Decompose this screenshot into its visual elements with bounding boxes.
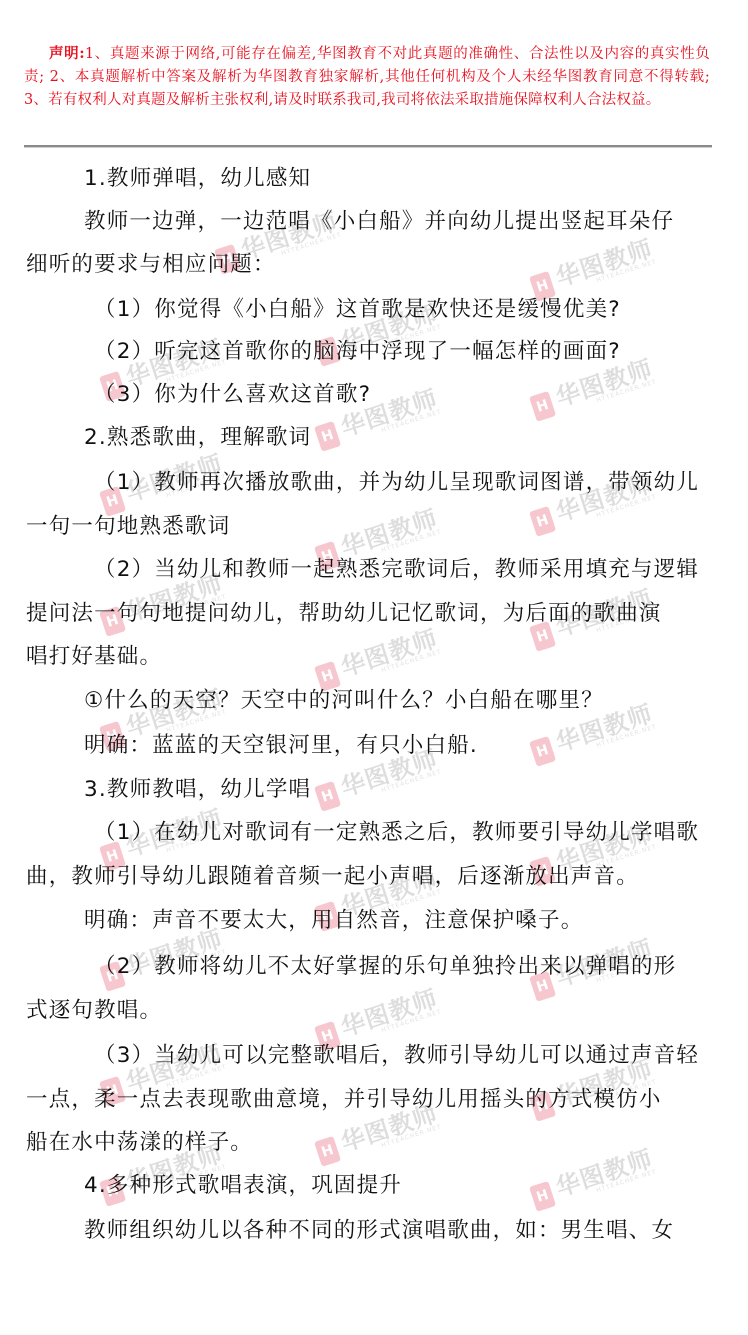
paragraph-line: 教师组织幼儿以各种不同的形式演唱歌曲，如：男生唱、女 — [84, 1213, 674, 1244]
disclaimer-label: 声明: — [49, 45, 85, 62]
section-heading-4: 4.多种形式歌唱表演，巩固提升 — [84, 1168, 402, 1199]
watermark-subtext: HTTEACHER.NET — [346, 1124, 443, 1161]
watermark: H华图教师HTTEACHER.NET — [528, 1146, 657, 1213]
header-divider — [24, 145, 712, 148]
section-heading-2: 2.熟悉歌曲，理解歌词 — [84, 420, 311, 451]
watermark-subtext: HTTEACHER.NET — [561, 259, 658, 296]
paragraph-line: （2）教师将幼儿不太好掌握的乐句单独拎出来以弹唱的形 — [94, 949, 676, 980]
paragraph-line: 唱打好基础。 — [26, 639, 162, 670]
section-heading-3: 3.教师教唱，幼儿学唱 — [84, 772, 311, 803]
watermark-logo-icon: H — [529, 391, 556, 422]
question-1: （1）你觉得《小白船》这首歌是欢快还是缓慢优美? — [94, 292, 621, 323]
paragraph-line: （2）当幼儿和教师一起熟悉完歌词后，教师采用填充与逻辑 — [94, 552, 699, 583]
watermark-text: 华图教师 — [553, 1146, 656, 1200]
watermark-subtext: HTTEACHER.NET — [561, 494, 658, 531]
paragraph-line: （3）当幼儿可以完整歌唱后，教师引导幼儿可以通过声音轻 — [94, 1038, 699, 1069]
question-3: （3）你为什么喜欢这首歌? — [94, 377, 371, 408]
watermark-subtext: HTTEACHER.NET — [346, 409, 443, 446]
watermark-logo-icon: H — [529, 506, 556, 537]
watermark-subtext: HTTEACHER.NET — [561, 379, 658, 416]
paragraph-line: 一点，柔一点去表现歌曲意境，并引导幼儿用摇头的方式模仿小 — [26, 1082, 662, 1113]
question-2: （2）听完这首歌你的脑海中浮现了一幅怎样的画面? — [94, 334, 621, 365]
answer-line: 明确：声音不要太大，用自然音，注意保护嗓子。 — [84, 903, 583, 934]
paragraph-line: 船在水中荡漾的样子。 — [26, 1125, 253, 1156]
paragraph-line: 细听的要求与相应问题： — [26, 247, 276, 278]
watermark-subtext: HTTEACHER.NET — [561, 724, 658, 761]
answer-line: 明确：蓝蓝的天空银河里，有只小白船. — [84, 728, 478, 759]
paragraph-line: 提问法一句句地提问幼儿，帮助幼儿记忆歌词，为后面的歌曲演 — [26, 596, 662, 627]
disclaimer-text: 1、真题来源于网络,可能存在偏差,华图教育不对此真题的准确性、合法性以及内容的真… — [24, 46, 710, 108]
watermark-logo-icon: H — [314, 781, 341, 812]
disclaimer: 声明:1、真题来源于网络,可能存在偏差,华图教育不对此真题的准确性、合法性以及内… — [24, 42, 710, 112]
sub-question: ①什么的天空？天空中的河叫什么？小白船在哪里？ — [84, 683, 604, 714]
watermark-subtext: HTTEACHER.NET — [346, 769, 443, 806]
paragraph-line: （1）在幼儿对歌词有一定熟悉之后，教师要引导幼儿学唱歌 — [94, 815, 699, 846]
paragraph-line: 教师一边弹，一边范唱《小白船》并向幼儿提出竖起耳朵仔 — [84, 204, 674, 235]
watermark-text: 华图教师 — [338, 626, 441, 680]
watermark-logo-icon: H — [314, 1136, 341, 1167]
paragraph-line: 式逐句教唱。 — [26, 993, 162, 1024]
watermark-subtext: HTTEACHER.NET — [346, 649, 443, 686]
watermark-logo-icon: H — [314, 421, 341, 452]
paragraph-line: （1）教师再次播放歌曲，并为幼儿呈现歌词图谱，带领幼儿 — [94, 465, 699, 496]
paragraph-line: 一句一句地熟悉歌词 — [26, 509, 230, 540]
paragraph-line: 曲，教师引导幼儿跟随着音频一起小声唱，后逐渐放出声音。 — [26, 859, 639, 890]
watermark-subtext: HTTEACHER.NET — [561, 1169, 658, 1206]
watermark: H华图教师HTTEACHER.NET — [528, 356, 657, 423]
watermark-text: 华图教师 — [338, 986, 441, 1040]
watermark-logo-icon: H — [529, 1181, 556, 1212]
watermark-text: 华图教师 — [553, 236, 656, 290]
watermark-logo-icon: H — [529, 736, 556, 767]
section-heading-1: 1.教师弹唱，幼儿感知 — [84, 161, 311, 192]
